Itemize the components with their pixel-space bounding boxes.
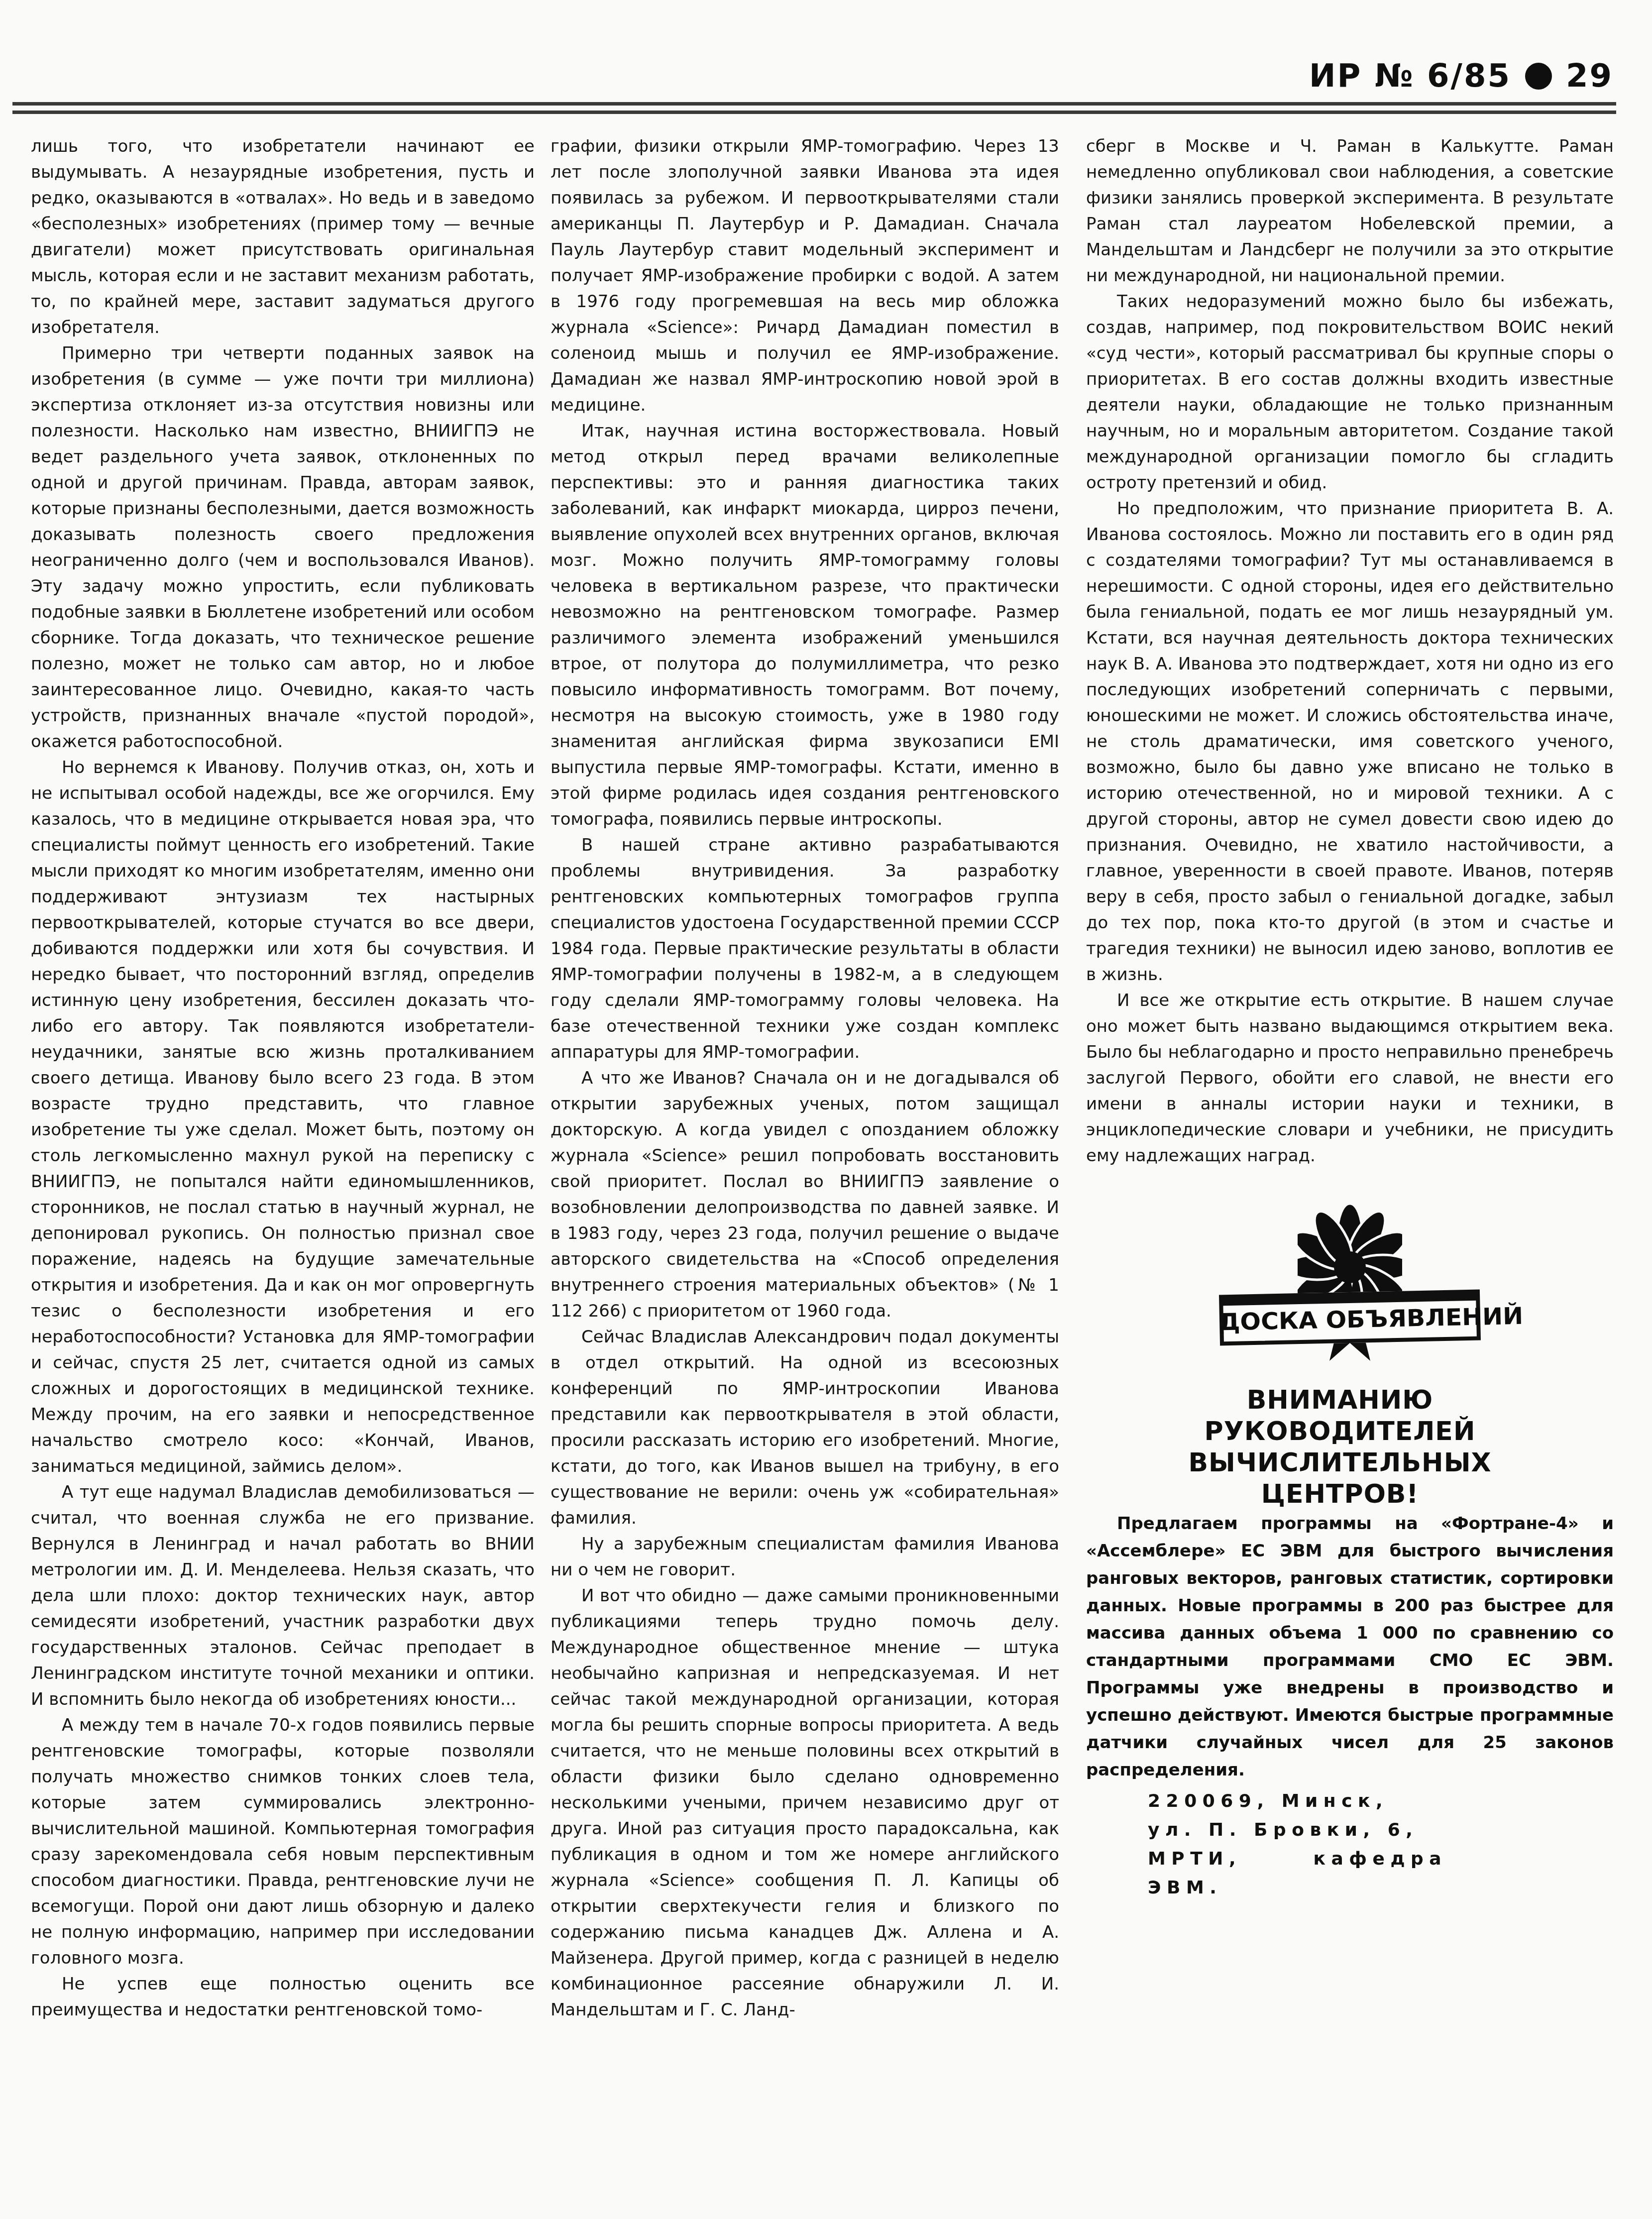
paragraph: Итак, научная истина восторжествовала. Н… (551, 418, 1059, 832)
board-banner-label: ДОСКА ОБЪЯВЛЕНИЙ (1218, 1304, 1481, 1335)
ad-headline: ВНИМАНИЮ РУКОВОДИТЕЛЕЙ ВЫЧИСЛИТЕЛЬНЫХ ЦЕ… (1086, 1385, 1594, 1510)
page-number: 29 (1566, 58, 1613, 95)
paragraph: Ну а зарубежным специалистам фамилия Ива… (551, 1531, 1059, 1583)
article-column-1: лишь того, что изобретатели начинают ее … (31, 133, 535, 2023)
paragraph: графии, физики открыли ЯМР-томографию. Ч… (551, 133, 1059, 418)
magazine-page: { "header": { "journal_issue": "ИР № 6/8… (0, 0, 1652, 2219)
paragraph: Примерно три четверти поданных заявок на… (31, 340, 535, 755)
masthead: ИР № 6/85 29 (1309, 58, 1613, 95)
paragraph: А что же Иванов? Сначала он и не догадыв… (551, 1065, 1059, 1324)
journal-issue-label: ИР № 6/85 (1309, 58, 1511, 95)
ad-headline-line: ВНИМАНИЮ (1086, 1385, 1594, 1416)
paragraph: А между тем в начале 70-х годов появилис… (31, 1712, 535, 1971)
ad-headline-line: РУКОВОДИТЕЛЕЙ (1086, 1416, 1594, 1447)
paragraph: А тут еще надумал Владислав демобилизова… (31, 1479, 535, 1712)
paragraph: И вот что обидно — даже самыми проникнов… (551, 1583, 1059, 2023)
paragraph: В нашей стране активно разрабатываются п… (551, 832, 1059, 1065)
ad-headline-line: ЦЕНТРОВ! (1086, 1479, 1594, 1510)
ad-headline-line: ВЫЧИСЛИТЕЛЬНЫХ (1086, 1447, 1594, 1479)
ad-address-line: МРТИ, кафедра (1148, 1845, 1594, 1874)
ad-address-line: ЭВМ. (1148, 1874, 1594, 1902)
double-rule-top (12, 102, 1616, 106)
bulletin-board-logo: ДОСКА ОБЪЯВЛЕНИЙ (1215, 1204, 1484, 1368)
bullet-icon (1525, 63, 1552, 90)
ad-body: Предлагаем программы на «Фортране-4» и «… (1086, 1510, 1614, 1784)
paragraph: Но предположим, что признание приоритета… (1086, 496, 1614, 988)
paragraph: лишь того, что изобретатели начинают ее … (31, 133, 535, 340)
paragraph: сберг в Москве и Ч. Раман в Калькутте. Р… (1086, 133, 1614, 289)
ad-address-line: 220069, Минск, (1148, 1787, 1594, 1816)
article-column-3: сберг в Москве и Ч. Раман в Калькутте. Р… (1086, 133, 1614, 1902)
paragraph: Таких недоразумений можно было бы избежа… (1086, 289, 1614, 496)
paragraph: Сейчас Владислав Александрович подал док… (551, 1324, 1059, 1531)
article-column-2: графии, физики открыли ЯМР-томографию. Ч… (551, 133, 1059, 2023)
board-banner: ДОСКА ОБЪЯВЛЕНИЙ (1219, 1290, 1481, 1346)
double-rule-bottom (12, 111, 1616, 114)
ad-address-line: ул. П. Бровки, 6, (1148, 1816, 1594, 1845)
paragraph: Не успев еще полностью оценить все преим… (31, 1971, 535, 2023)
paragraph: Но вернемся к Иванову. Получив отказ, он… (31, 755, 535, 1479)
ad-address: 220069, Минск, ул. П. Бровки, 6, МРТИ, к… (1148, 1787, 1594, 1902)
paragraph: И все же открытие есть открытие. В нашем… (1086, 988, 1614, 1169)
